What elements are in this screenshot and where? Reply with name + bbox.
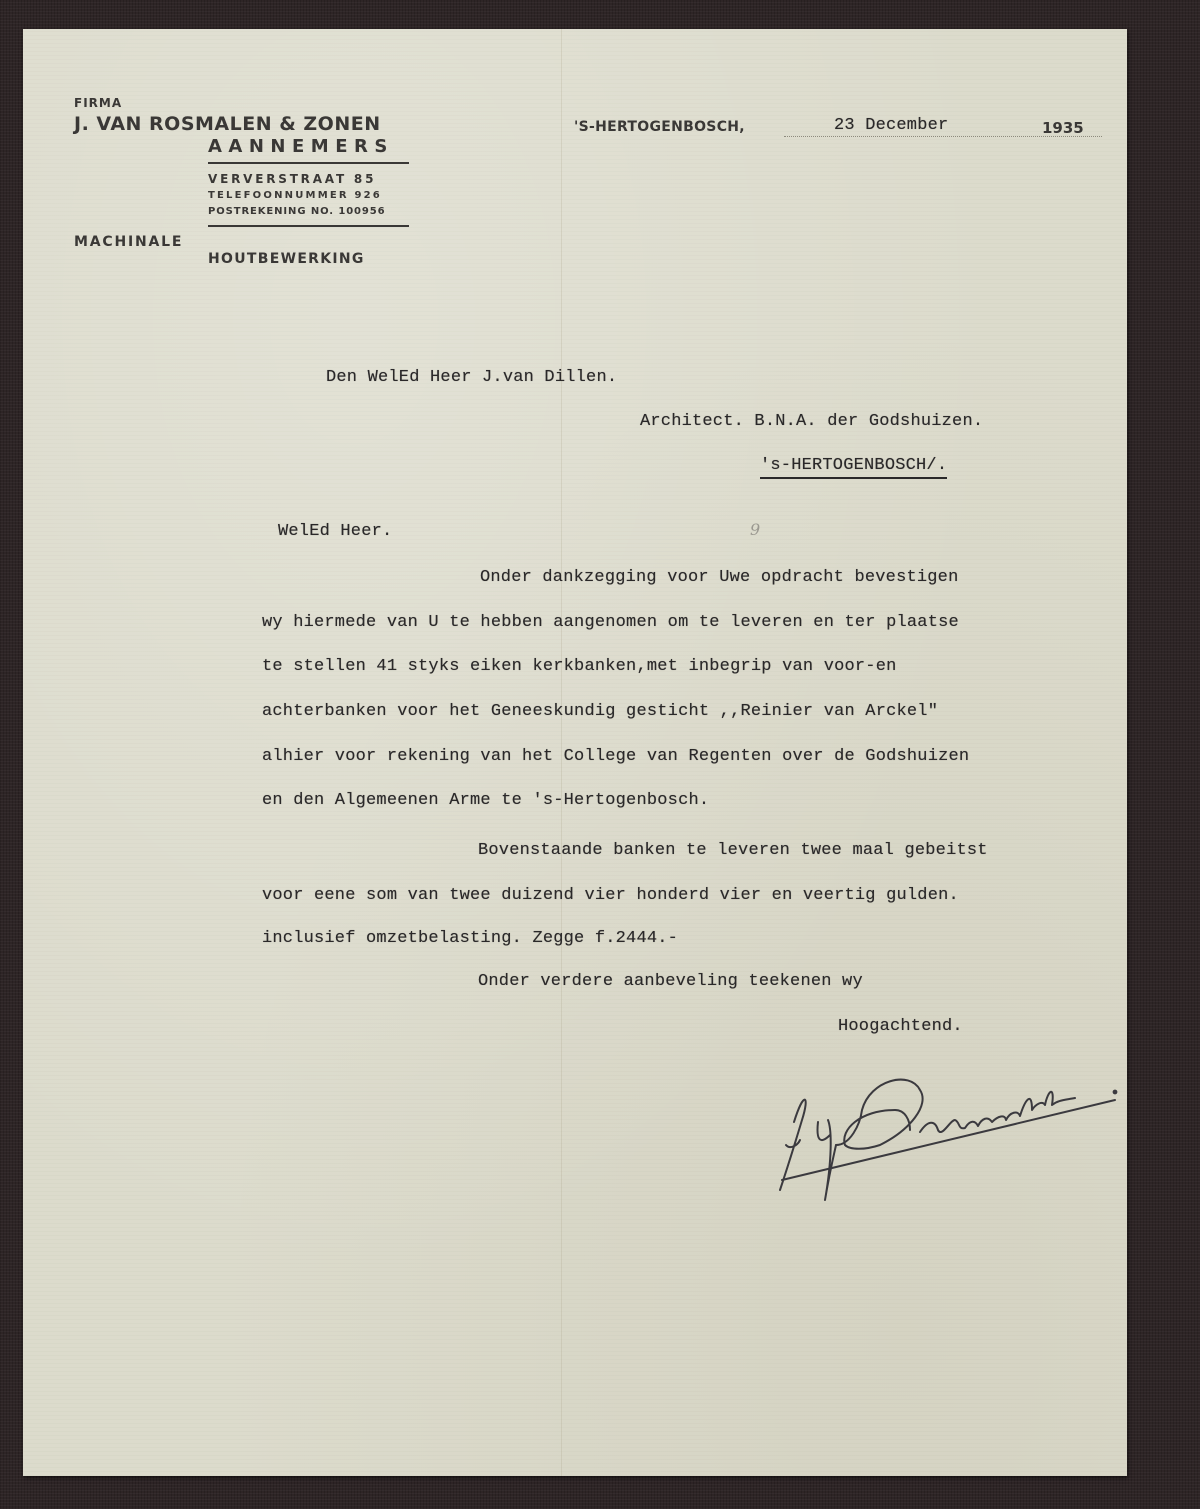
body-line: alhier voor rekening van het College van… xyxy=(262,747,969,766)
company-name: J. VAN ROSMALEN & ZONEN xyxy=(74,113,381,135)
addressee-title: Architect. B.N.A. der Godshuizen. xyxy=(640,412,983,431)
body-line: Onder verdere aanbeveling teekenen wy xyxy=(478,972,863,991)
letterhead-divider xyxy=(208,225,409,227)
signature: J. v. Rosmalen xyxy=(770,1050,1140,1230)
letterhead-firma: FIRMA xyxy=(74,96,122,110)
dateline: 'S-HERTOGENBOSCH, 23 December 1935 xyxy=(562,116,1102,140)
pencil-mark: 9 xyxy=(750,520,760,539)
addressee-city-text: 's-HERTOGENBOSCH/. xyxy=(760,456,947,479)
company-phone: TELEFOONNUMMER 926 xyxy=(208,190,382,201)
specialty-line-1: MACHINALE xyxy=(74,234,183,250)
company-trade: AANNEMERS xyxy=(208,136,394,157)
dateline-date: 23 December xyxy=(834,116,948,135)
company-street: VERVERSTRAAT 85 xyxy=(208,172,376,186)
body-line: achterbanken voor het Geneeskundig gesti… xyxy=(262,702,938,721)
salutation: WelEd Heer. xyxy=(278,522,392,541)
body-line: Onder dankzegging voor Uwe opdracht beve… xyxy=(480,568,958,587)
body-line: en den Algemeenen Arme te 's-Hertogenbos… xyxy=(262,791,709,810)
company-postal-account: POSTREKENING NO. 100956 xyxy=(208,206,386,217)
specialty-line-2: HOUTBEWERKING xyxy=(208,251,365,267)
closing: Hoogachtend. xyxy=(838,1017,963,1036)
addressee-name: Den WelEd Heer J.van Dillen. xyxy=(326,368,617,387)
dateline-year: 1935 xyxy=(1042,119,1084,137)
body-line: voor eene som van twee duizend vier hond… xyxy=(262,886,959,905)
body-line: te stellen 41 styks eiken kerkbanken,met… xyxy=(262,657,897,676)
addressee-city: 's-HERTOGENBOSCH/. xyxy=(760,456,947,475)
letterhead-divider xyxy=(208,162,409,164)
body-line: inclusief omzetbelasting. Zegge f.2444.- xyxy=(262,929,678,948)
body-line: wy hiermede van U te hebben aangenomen o… xyxy=(262,613,959,632)
body-line: Bovenstaande banken te leveren twee maal… xyxy=(478,841,988,860)
dateline-city: 'S-HERTOGENBOSCH, xyxy=(574,119,745,135)
